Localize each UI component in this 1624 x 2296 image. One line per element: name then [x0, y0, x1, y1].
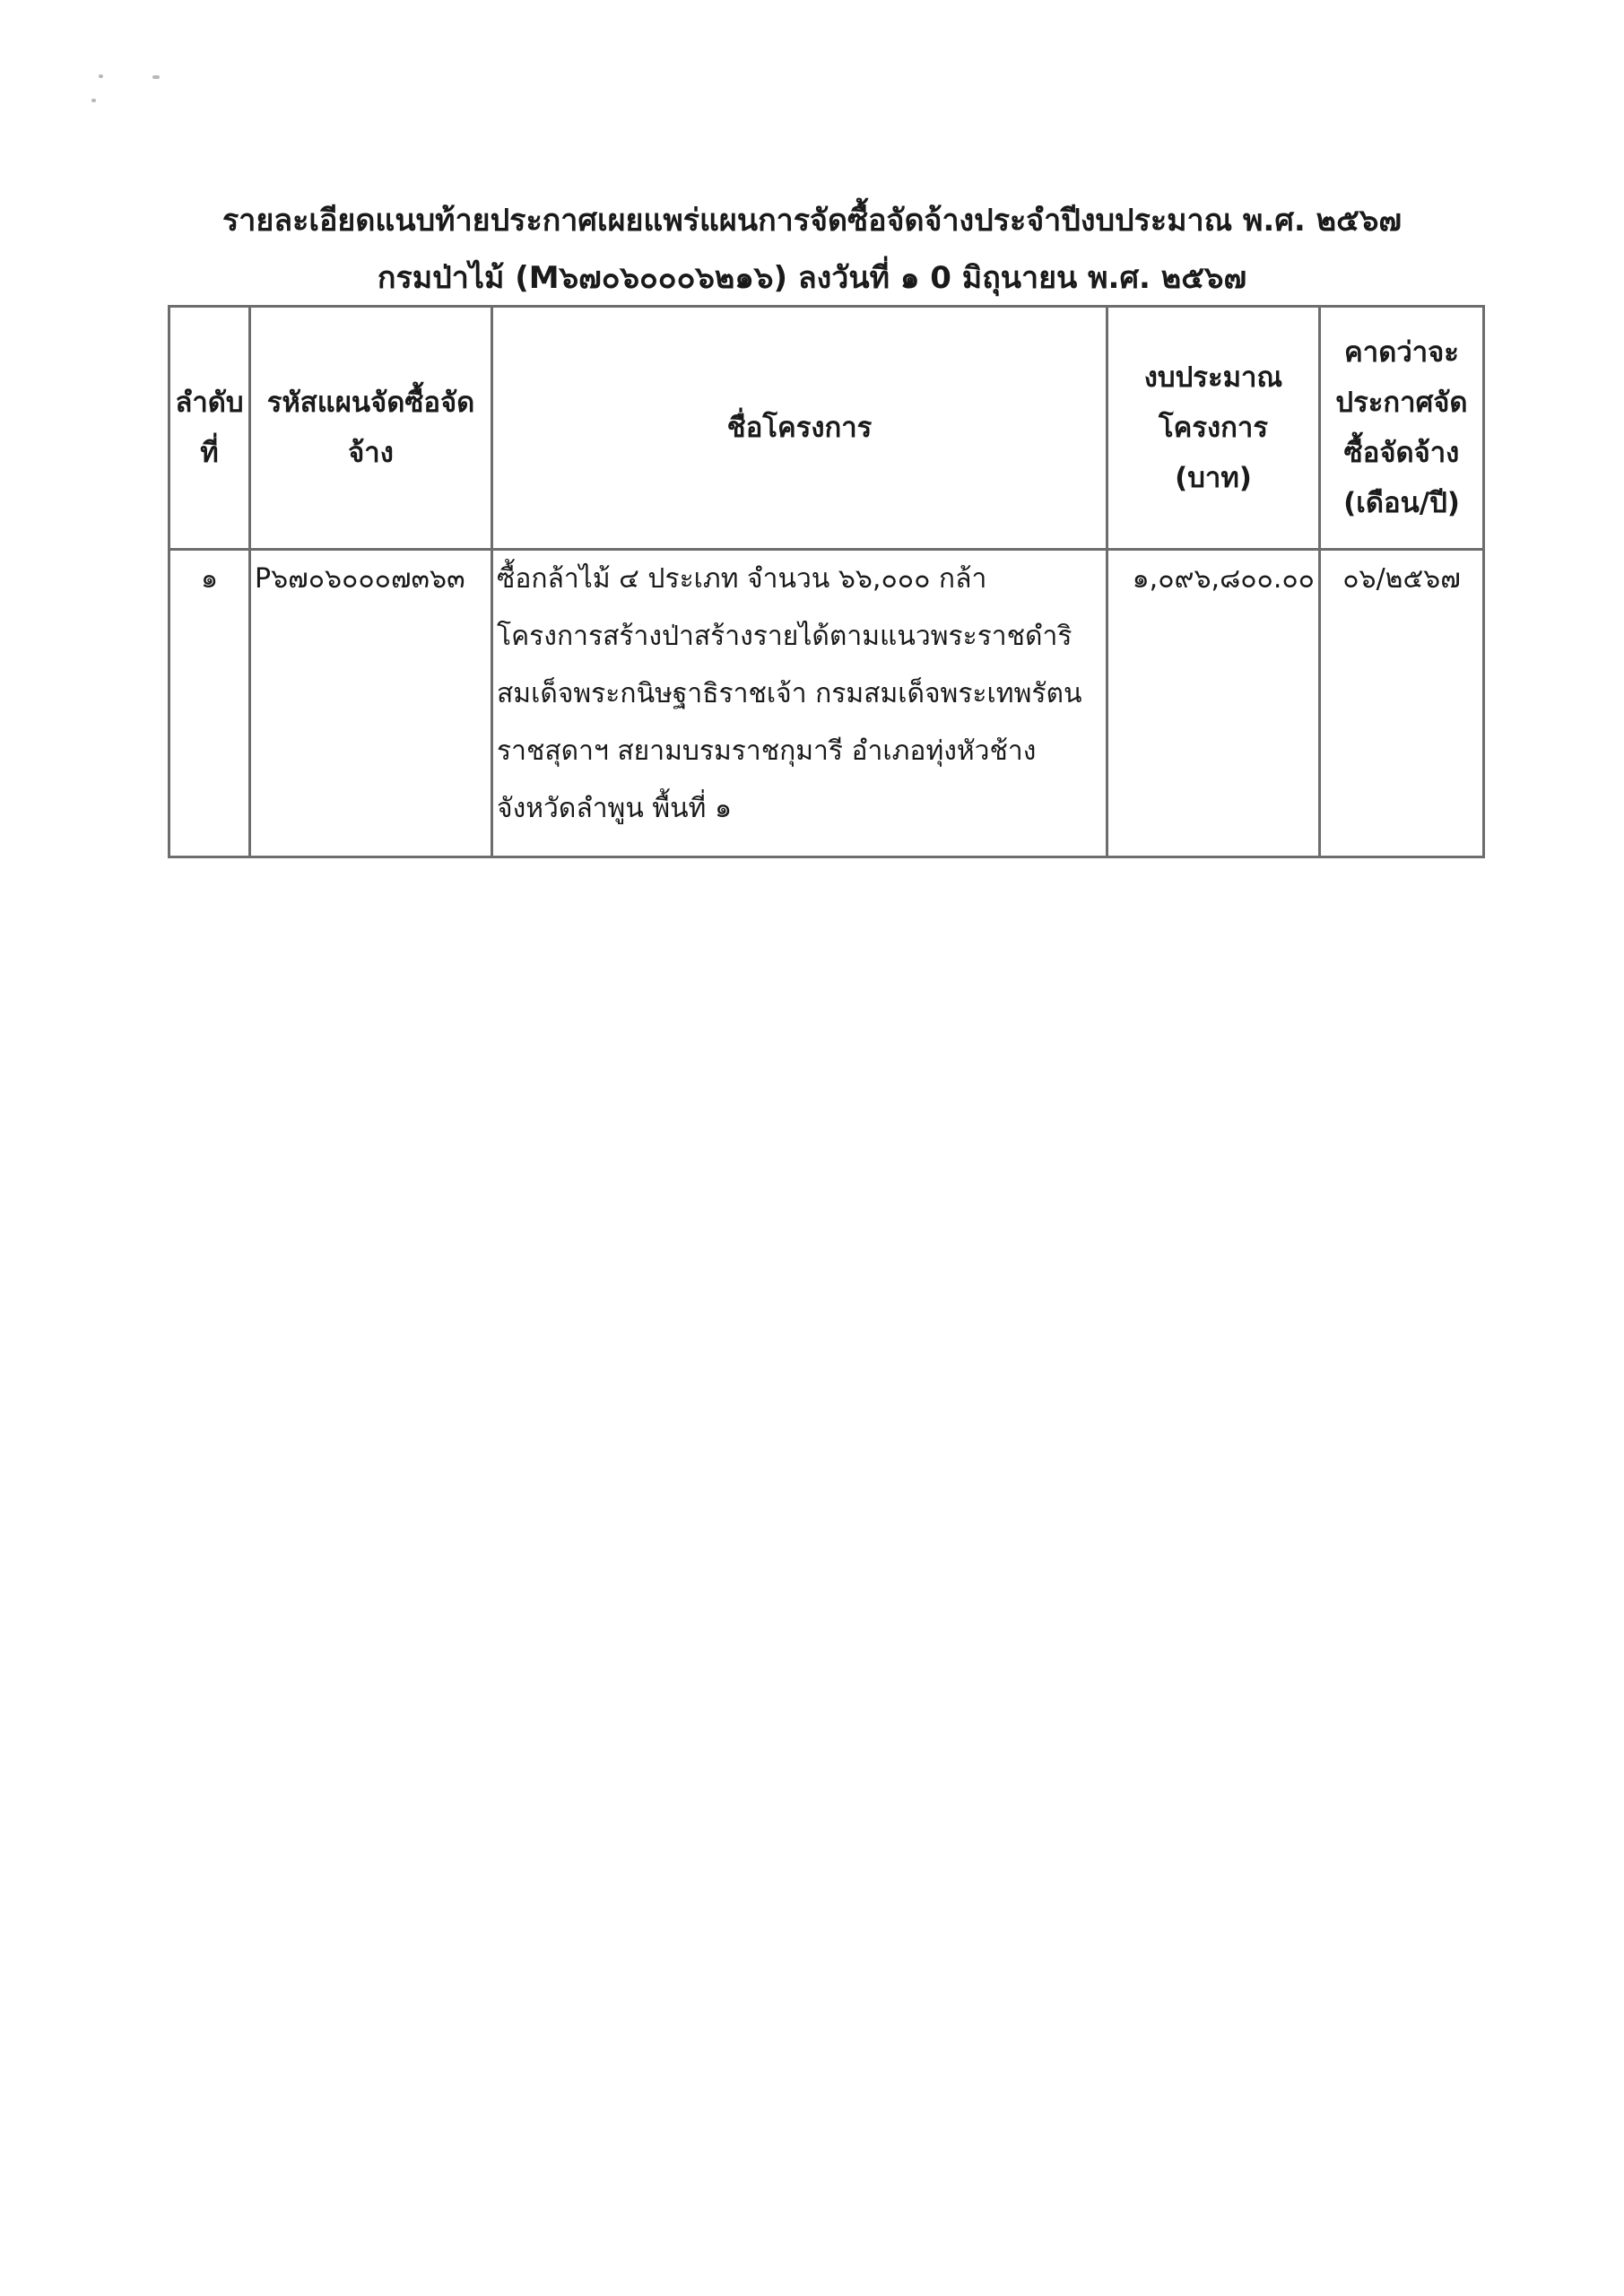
document-subtitle: กรมป่าไม้ (M๖๗๐๖๐๐๐๖๒๑๖) ลงวันที่ ๑ 0 มิ… — [0, 253, 1624, 301]
header-plan-code: รหัสแผนจัดซื้อจัด จ้าง — [250, 307, 492, 550]
procurement-plan-table: ลำดับ ที่ รหัสแผนจัดซื้อจัด จ้าง ชื่อโคร… — [168, 305, 1485, 858]
cell-project-name: ซื้อกล้าไม้ ๔ ประเภท จำนวน ๖๖,๐๐๐ กล้า โ… — [492, 550, 1107, 857]
cell-expected-date: ๐๖/๒๕๖๗ — [1320, 550, 1484, 857]
header-sequence-no: ลำดับ ที่ — [169, 307, 250, 550]
cell-sequence-no: ๑ — [169, 550, 250, 857]
document-title: รายละเอียดแนบท้ายประกาศเผยแพร่แผนการจัดซ… — [0, 196, 1624, 244]
cell-plan-code: P๖๗๐๖๐๐๐๗๓๖๓ — [250, 550, 492, 857]
header-project-name: ชื่อโครงการ — [492, 307, 1107, 550]
table-row: ๑ P๖๗๐๖๐๐๐๗๓๖๓ ซื้อกล้าไม้ ๔ ประเภท จำนว… — [169, 550, 1484, 857]
scan-speck — [99, 74, 103, 78]
scan-speck — [91, 99, 96, 102]
cell-budget: ๑,๐๙๖,๘๐๐.๐๐ — [1107, 550, 1320, 857]
scan-speck — [152, 75, 160, 79]
table-header-row: ลำดับ ที่ รหัสแผนจัดซื้อจัด จ้าง ชื่อโคร… — [169, 307, 1484, 550]
header-budget: งบประมาณ โครงการ (บาท) — [1107, 307, 1320, 550]
header-expected-date: คาดว่าจะ ประกาศจัด ซื้อจัดจ้าง (เดือน/ปี… — [1320, 307, 1484, 550]
